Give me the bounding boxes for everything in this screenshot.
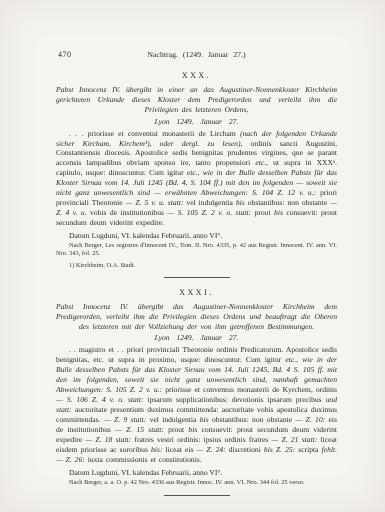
entry-xxx-dateline: Lyon 1249. Januar 27. [56,117,337,126]
entry-xxxi-summary: Pabst Innocenz IV. übergibt das Augustin… [56,302,337,332]
running-title: Nachtrag. (1249. Januar 27.) [56,50,337,59]
entry-xxxi: XXXI. Pabst Innocenz IV. übergibt das Au… [56,288,337,496]
page-number: 470 [58,50,72,59]
entry-xxx: XXX. Pabst Innocenz IV. übergibt in eine… [56,71,337,278]
page-end-divider [164,495,230,496]
entry-xxx-source: Nach Berger, Les registres d'Innocent IV… [56,242,337,259]
scanned-book-page: 470 Nachtrag. (1249. Januar 27.) XXX. Pa… [0,0,385,512]
entry-xxx-summary: Pabst Innocenz IV. übergibt in einer an … [56,85,337,115]
entry-xxxi-number: XXXI. [56,288,337,297]
entry-xxxi-dateline: Lyon 1249. Januar 27. [56,333,337,342]
section-divider [164,277,230,278]
entry-xxx-number: XXX. [56,71,337,80]
entry-xxx-datum: Datum Lugduni, VI. kalendas Februarii, a… [56,231,337,240]
entry-xxxi-source: Nach Berger, a. a. O. p. 42 Nro. 4336 au… [56,479,337,487]
entry-xxxi-body: . . magistro et . . priori provinciali T… [56,345,337,464]
entry-xxx-footnote: 1) Kirchheim, O.A. Stadt. [56,262,337,269]
entry-xxxi-datum: Datum Lugduni, VI. kalendas Februarii, a… [56,468,337,477]
entry-xxx-body: . . . priorisse et conventui monasterii … [56,129,337,228]
page-header: 470 Nachtrag. (1249. Januar 27.) [56,50,337,61]
